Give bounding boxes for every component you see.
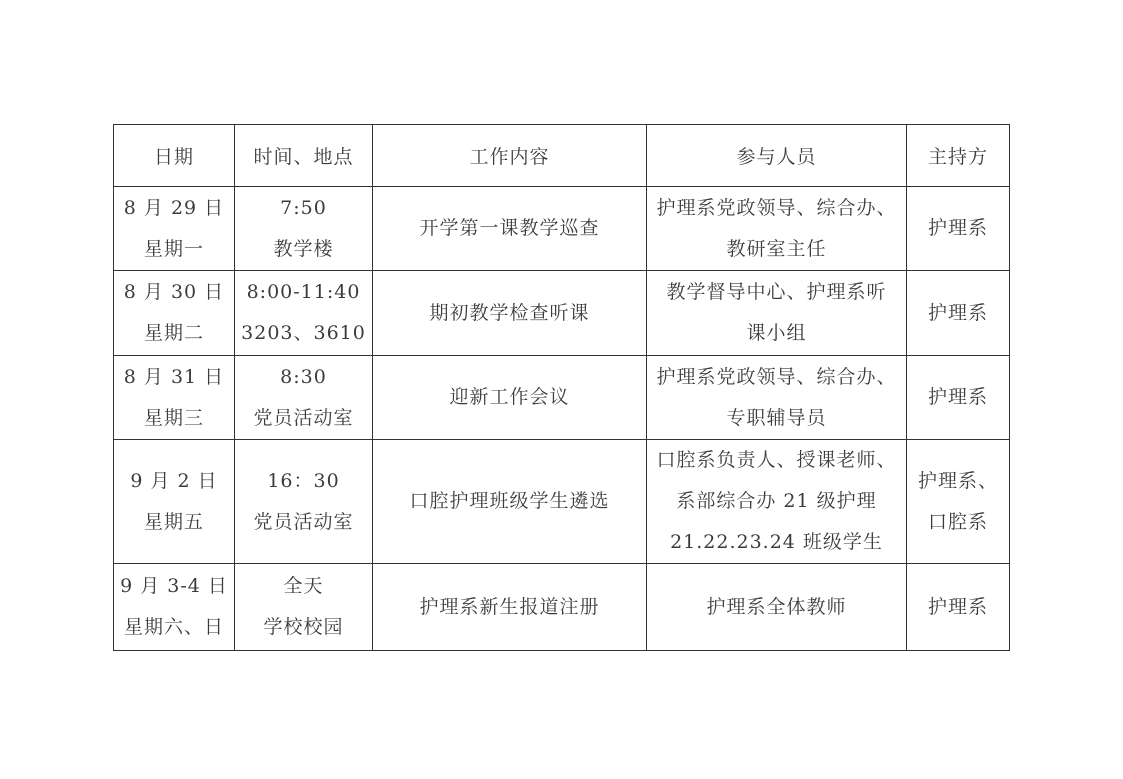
cell-text-line: 护理系: [911, 377, 1005, 418]
cell-text-line: 教学督导中心、护理系听: [651, 272, 902, 313]
table-row: 8 月 30 日星期二8:00-11:403203、3610期初教学检查听课教学…: [114, 271, 1010, 356]
cell-host: 护理系: [907, 356, 1010, 440]
cell-date: 8 月 30 日星期二: [114, 271, 235, 356]
cell-text-line: 迎新工作会议: [377, 377, 642, 418]
cell-time-place: 8:30党员活动室: [235, 356, 373, 440]
header-row: 日期 时间、地点 工作内容 参与人员 主持方: [114, 125, 1010, 187]
cell-date: 8 月 29 日星期一: [114, 187, 235, 271]
cell-text-line: 口腔护理班级学生遴选: [377, 481, 642, 522]
document-page: 日期 时间、地点 工作内容 参与人员 主持方 8 月 29 日星期一7:50教学…: [0, 0, 1123, 779]
header-cell-date: 日期: [114, 125, 235, 187]
cell-text-line: 教学楼: [239, 229, 368, 270]
table-row: 8 月 31 日星期三8:30党员活动室迎新工作会议护理系党政领导、综合办、专职…: [114, 356, 1010, 440]
cell-text-line: 护理系全体教师: [651, 587, 902, 628]
cell-text-line: 8 月 30 日: [118, 272, 230, 313]
cell-text-line: 护理系党政领导、综合办、: [651, 357, 902, 398]
cell-text-line: 8:30: [239, 357, 368, 398]
cell-participants: 教学督导中心、护理系听课小组: [647, 271, 907, 356]
cell-participants: 护理系党政领导、综合办、教研室主任: [647, 187, 907, 271]
cell-date: 9 月 3-4 日星期六、日: [114, 564, 235, 651]
cell-text-line: 护理系党政领导、综合办、: [651, 188, 902, 229]
cell-text-line: 护理系新生报道注册: [377, 587, 642, 628]
cell-text-line: 21.22.23.24 班级学生: [651, 522, 902, 563]
cell-text-line: 星期一: [118, 229, 230, 270]
cell-work-content: 期初教学检查听课: [373, 271, 647, 356]
cell-text-line: 8 月 29 日: [118, 188, 230, 229]
cell-host: 护理系: [907, 271, 1010, 356]
cell-text-line: 9 月 2 日: [118, 461, 230, 502]
cell-date: 9 月 2 日星期五: [114, 440, 235, 564]
cell-text-line: 星期五: [118, 502, 230, 543]
cell-time-place: 16：30党员活动室: [235, 440, 373, 564]
header-cell-host: 主持方: [907, 125, 1010, 187]
cell-text-line: 星期六、日: [118, 607, 230, 648]
cell-text-line: 8 月 31 日: [118, 357, 230, 398]
schedule-table: 日期 时间、地点 工作内容 参与人员 主持方 8 月 29 日星期一7:50教学…: [113, 124, 1010, 651]
cell-time-place: 7:50教学楼: [235, 187, 373, 271]
schedule-table-body: 8 月 29 日星期一7:50教学楼开学第一课教学巡查护理系党政领导、综合办、教…: [114, 187, 1010, 651]
cell-text-line: 9 月 3-4 日: [118, 566, 230, 607]
cell-text-line: 16：30: [239, 461, 368, 502]
cell-text-line: 8:00-11:40: [239, 272, 368, 313]
cell-text-line: 护理系、: [911, 461, 1005, 502]
cell-work-content: 开学第一课教学巡查: [373, 187, 647, 271]
cell-text-line: 期初教学检查听课: [377, 293, 642, 334]
cell-work-content: 迎新工作会议: [373, 356, 647, 440]
cell-time-place: 8:00-11:403203、3610: [235, 271, 373, 356]
cell-text-line: 全天: [239, 566, 368, 607]
cell-text-line: 口腔系: [911, 502, 1005, 543]
cell-text-line: 课小组: [651, 313, 902, 354]
cell-text-line: 专职辅导员: [651, 398, 902, 439]
cell-text-line: 开学第一课教学巡查: [377, 208, 642, 249]
cell-text-line: 学校校园: [239, 607, 368, 648]
table-row: 8 月 29 日星期一7:50教学楼开学第一课教学巡查护理系党政领导、综合办、教…: [114, 187, 1010, 271]
header-cell-work-content: 工作内容: [373, 125, 647, 187]
table-row: 9 月 3-4 日星期六、日全天学校校园护理系新生报道注册护理系全体教师护理系: [114, 564, 1010, 651]
cell-work-content: 口腔护理班级学生遴选: [373, 440, 647, 564]
cell-host: 护理系: [907, 187, 1010, 271]
cell-work-content: 护理系新生报道注册: [373, 564, 647, 651]
cell-text-line: 党员活动室: [239, 398, 368, 439]
cell-text-line: 口腔系负责人、授课老师、: [651, 440, 902, 481]
table-row: 9 月 2 日星期五16：30党员活动室口腔护理班级学生遴选口腔系负责人、授课老…: [114, 440, 1010, 564]
cell-text-line: 7:50: [239, 188, 368, 229]
cell-host: 护理系、口腔系: [907, 440, 1010, 564]
header-cell-participants: 参与人员: [647, 125, 907, 187]
cell-host: 护理系: [907, 564, 1010, 651]
cell-time-place: 全天学校校园: [235, 564, 373, 651]
cell-text-line: 党员活动室: [239, 502, 368, 543]
header-cell-time-place: 时间、地点: [235, 125, 373, 187]
cell-text-line: 护理系: [911, 208, 1005, 249]
cell-participants: 护理系全体教师: [647, 564, 907, 651]
cell-text-line: 教研室主任: [651, 229, 902, 270]
cell-text-line: 系部综合办 21 级护理: [651, 481, 902, 522]
cell-date: 8 月 31 日星期三: [114, 356, 235, 440]
cell-text-line: 3203、3610: [239, 313, 368, 354]
cell-participants: 护理系党政领导、综合办、专职辅导员: [647, 356, 907, 440]
cell-text-line: 星期二: [118, 313, 230, 354]
cell-text-line: 护理系: [911, 587, 1005, 628]
cell-participants: 口腔系负责人、授课老师、系部综合办 21 级护理21.22.23.24 班级学生: [647, 440, 907, 564]
cell-text-line: 星期三: [118, 398, 230, 439]
cell-text-line: 护理系: [911, 293, 1005, 334]
